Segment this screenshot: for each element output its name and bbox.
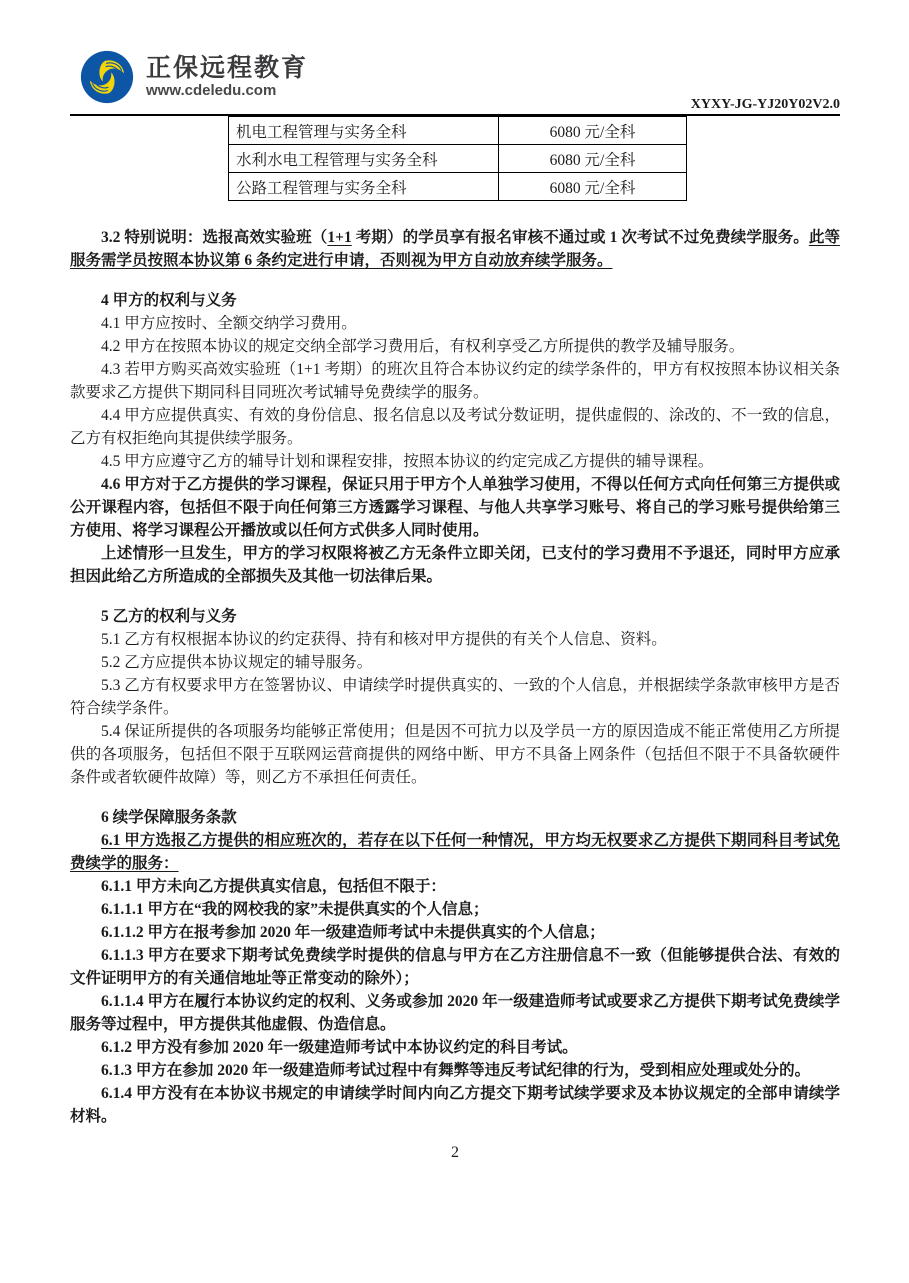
clause-3-2-text-2: 考期）的学员享有报名审核不通过或 1 次考试不过免费续学服务。 — [352, 229, 809, 246]
price-cell: 6080 元/全科 — [499, 173, 687, 201]
table-row: 水利水电工程管理与实务全科 6080 元/全科 — [229, 145, 687, 173]
logo-url: www.cdeledu.com — [146, 83, 308, 100]
section-5-heading: 5 乙方的权利与义务 — [70, 605, 840, 628]
course-name-cell: 公路工程管理与实务全科 — [229, 173, 499, 201]
course-name-cell: 水利水电工程管理与实务全科 — [229, 145, 499, 173]
clause-3-2-text-1: 3.2 特别说明：选报高效实验班（ — [101, 229, 327, 246]
clause-6-1: 6.1 甲方选报乙方提供的相应班次的，若存在以下任何一种情况，甲方均无权要求乙方… — [70, 829, 840, 875]
page-number: 2 — [70, 1144, 840, 1162]
page-header: 正保远程教育 www.cdeledu.com XYXY-JG-YJ20Y02V2… — [70, 48, 840, 114]
clause-3-2-underlined-term: 1+1 — [327, 229, 351, 246]
clause-6-1-2: 6.1.2 甲方没有参加 2020 年一级建造师考试中本协议约定的科目考试。 — [70, 1036, 840, 1059]
clause-4-6: 4.6 甲方对于乙方提供的学习课程，保证只用于甲方个人单独学习使用，不得以任何方… — [70, 473, 840, 542]
course-price-table: 机电工程管理与实务全科 6080 元/全科 水利水电工程管理与实务全科 6080… — [228, 116, 687, 201]
clause-4-4: 4.4 甲方应提供真实、有效的身份信息、报名信息以及考试分数证明，提供虚假的、涂… — [70, 404, 840, 450]
clause-6-1-1-1: 6.1.1.1 甲方在“我的网校我的家”未提供真实的个人信息； — [70, 898, 840, 921]
logo-title: 正保远程教育 — [146, 55, 308, 83]
logo-text-block: 正保远程教育 www.cdeledu.com — [146, 55, 308, 99]
clause-4-5: 4.5 甲方应遵守乙方的辅导计划和课程安排，按照本协议的约定完成乙方提供的辅导课… — [70, 450, 840, 473]
contract-page: 正保远程教育 www.cdeledu.com XYXY-JG-YJ20Y02V2… — [0, 0, 909, 1283]
company-logo: 正保远程教育 www.cdeledu.com — [80, 50, 308, 104]
clause-4-2: 4.2 甲方在按照本协议的规定交纳全部学习费用后，有权利享受乙方所提供的教学及辅… — [70, 335, 840, 358]
price-cell: 6080 元/全科 — [499, 145, 687, 173]
clause-6-1-1-4: 6.1.1.4 甲方在履行本协议约定的权利、义务或参加 2020 年一级建造师考… — [70, 990, 840, 1036]
document-code: XYXY-JG-YJ20Y02V2.0 — [691, 97, 840, 113]
clause-4-note: 上述情形一旦发生，甲方的学习权限将被乙方无条件立即关闭，已支付的学习费用不予退还… — [70, 542, 840, 588]
clause-6-1-4: 6.1.4 甲方没有在本协议书规定的申请续学时间内向乙方提交下期考试续学要求及本… — [70, 1082, 840, 1128]
section-4-heading: 4 甲方的权利与义务 — [70, 289, 840, 312]
clause-4-3: 4.3 若甲方购买高效实验班（1+1 考期）的班次且符合本协议约定的续学条件的，… — [70, 358, 840, 404]
clause-6-1-1: 6.1.1 甲方未向乙方提供真实信息，包括但不限于： — [70, 875, 840, 898]
clause-6-1-1-2: 6.1.1.2 甲方在报考参加 2020 年一级建造师考试中未提供真实的个人信息… — [70, 921, 840, 944]
clause-6-1-3: 6.1.3 甲方在参加 2020 年一级建造师考试过程中有舞弊等违反考试纪律的行… — [70, 1059, 840, 1082]
clause-4-1: 4.1 甲方应按时、全额交纳学习费用。 — [70, 312, 840, 335]
clause-5-1: 5.1 乙方有权根据本协议的约定获得、持有和核对甲方提供的有关个人信息、资料。 — [70, 628, 840, 651]
clause-5-2: 5.2 乙方应提供本协议规定的辅导服务。 — [70, 651, 840, 674]
table-row: 机电工程管理与实务全科 6080 元/全科 — [229, 117, 687, 145]
clause-3-2: 3.2 特别说明：选报高效实验班（1+1 考期）的学员享有报名审核不通过或 1 … — [70, 226, 840, 272]
table-row: 公路工程管理与实务全科 6080 元/全科 — [229, 173, 687, 201]
clause-5-3: 5.3 乙方有权要求甲方在签署协议、申请续学时提供真实的、一致的个人信息，并根据… — [70, 674, 840, 720]
price-cell: 6080 元/全科 — [499, 117, 687, 145]
clause-5-4: 5.4 保证所提供的各项服务均能够正常使用；但是因不可抗力以及学员一方的原因造成… — [70, 720, 840, 789]
logo-swirl-icon — [80, 50, 134, 104]
course-name-cell: 机电工程管理与实务全科 — [229, 117, 499, 145]
section-6-heading: 6 续学保障服务条款 — [70, 806, 840, 829]
clause-6-1-1-3: 6.1.1.3 甲方在要求下期考试免费续学时提供的信息与甲方在乙方注册信息不一致… — [70, 944, 840, 990]
